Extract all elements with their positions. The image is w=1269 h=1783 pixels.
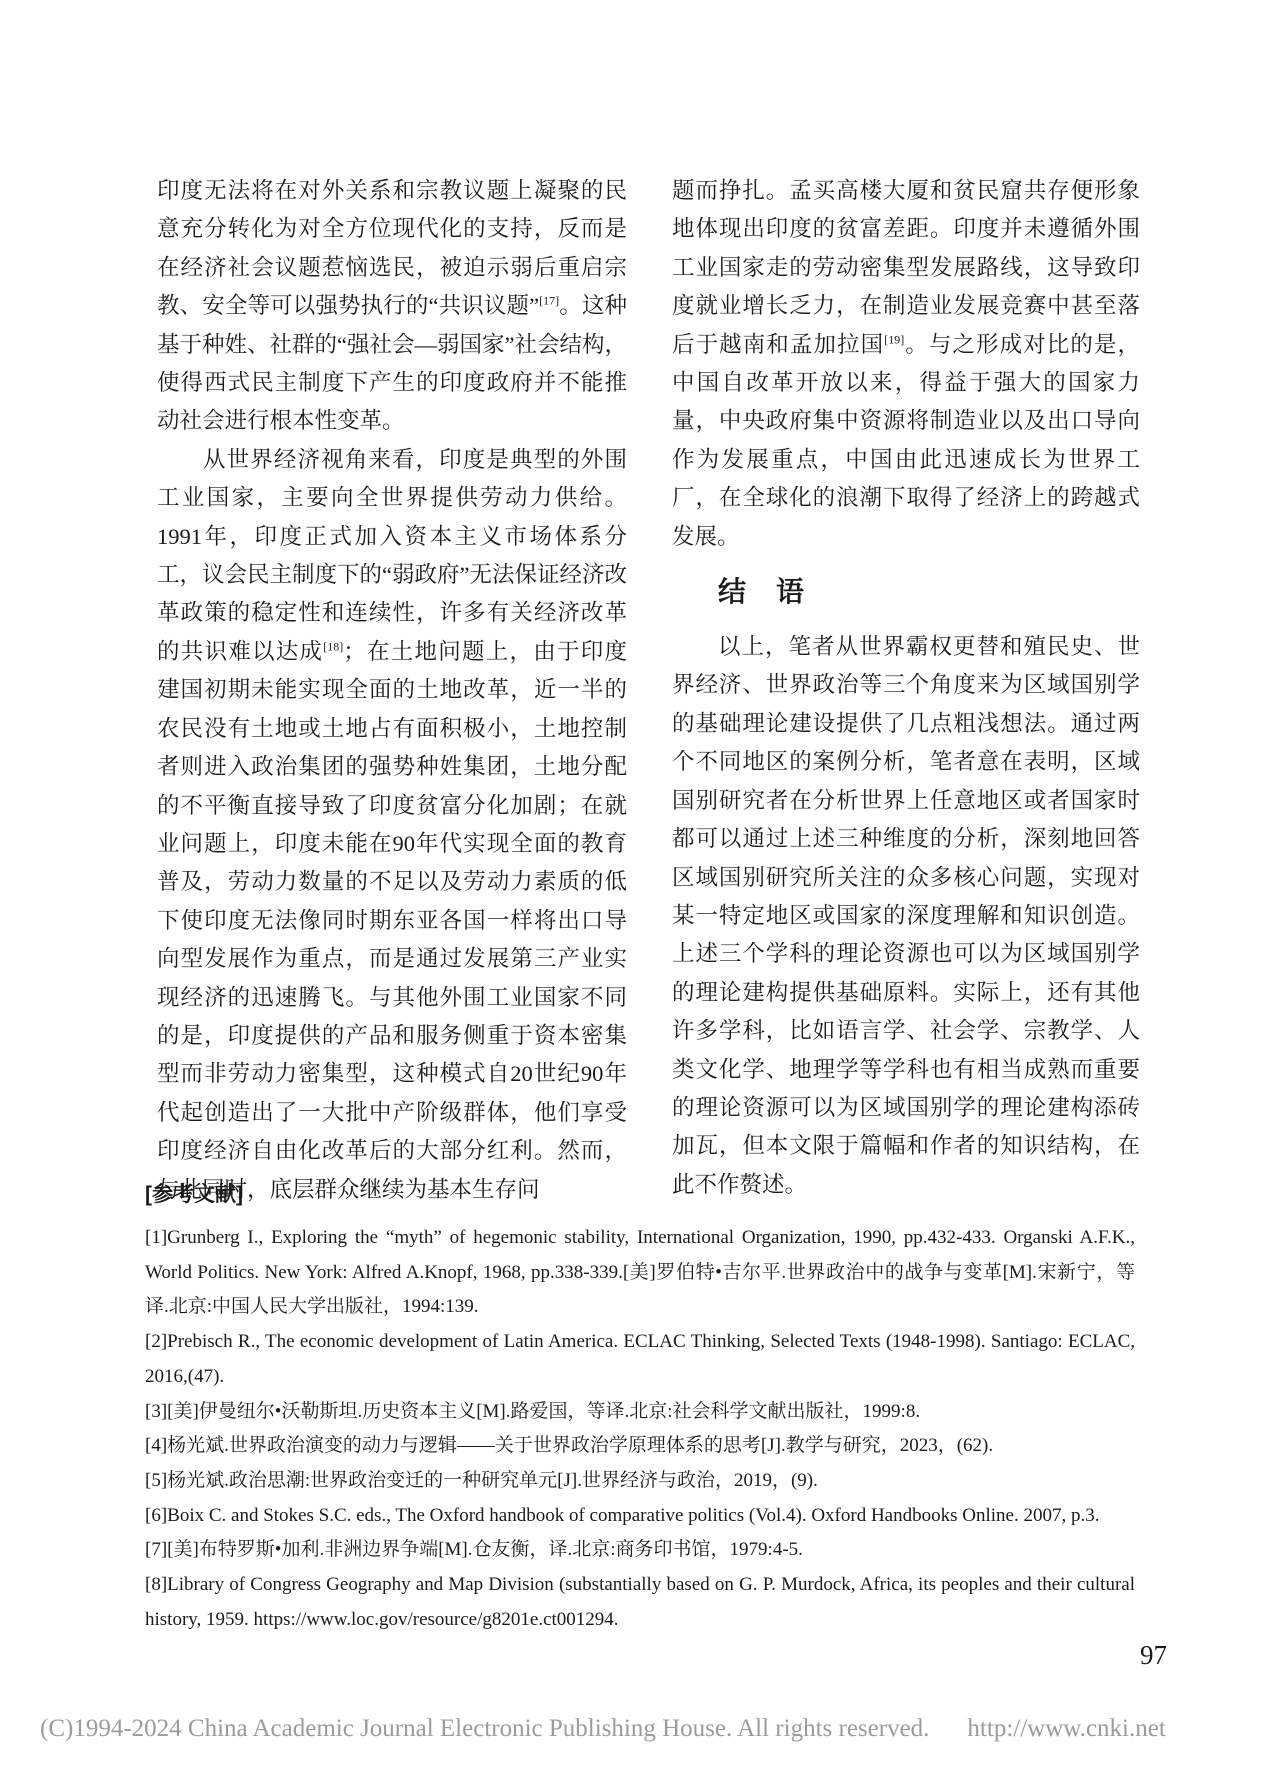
citation-superscript-19: [19] (884, 332, 904, 346)
reference-item: [2]Prebisch R., The economic development… (145, 1325, 1135, 1394)
paragraph-conclusion: 以上，笔者从世界霸权更替和殖民史、世界经济、世界政治等三个角度来为区域国别学的基… (672, 628, 1140, 1204)
reference-item: [3][美]伊曼纽尔•沃勒斯坦.历史资本主义[M].路爱国，等译.北京:社会科学… (145, 1395, 1135, 1430)
body-column-left: 印度无法将在对外关系和宗教议题上凝聚的民意充分转化为对全方位现代化的支持，反而是… (157, 172, 627, 1209)
page-number: 97 (1140, 1640, 1167, 1670)
paragraph-text: 题而挣扎。孟买高楼大厦和贫民窟共存便形象地体现出印度的贫富差距。印度并未遵循外围… (672, 178, 1140, 357)
paragraph-text: 从世界经济视角来看，印度是典型的外围工业国家，主要向全世界提供劳动力供给。199… (157, 447, 627, 664)
body-column-right: 题而挣扎。孟买高楼大厦和贫民窟共存便形象地体现出印度的贫富差距。印度并未遵循外围… (672, 172, 1140, 1204)
reference-item: [1]Grunberg I., Exploring the “myth” of … (145, 1221, 1135, 1325)
paragraph-world-economy: 从世界经济视角来看，印度是典型的外围工业国家，主要向全世界提供劳动力供给。199… (157, 441, 627, 1209)
paragraph-continued: 印度无法将在对外关系和宗教议题上凝聚的民意充分转化为对全方位现代化的支持，反而是… (157, 172, 627, 441)
references-heading: [参考文献] (145, 1183, 1135, 1207)
footer-copyright: (C)1994-2024 China Academic Journal Elec… (40, 1715, 929, 1742)
conclusion-heading: 结 语 (718, 573, 1140, 611)
reference-item: [5]杨光斌.政治思潮:世界政治变迁的一种研究单元[J].世界经济与政治，201… (145, 1464, 1135, 1499)
reference-item: [6]Boix C. and Stokes S.C. eds., The Oxf… (145, 1499, 1135, 1534)
footer-url: http://www.cnki.net (967, 1715, 1165, 1742)
journal-page: 印度无法将在对外关系和宗教议题上凝聚的民意充分转化为对全方位现代化的支持，反而是… (0, 0, 1269, 1783)
citation-superscript-18: [18] (323, 639, 343, 653)
paragraph-text: ；在土地问题上，由于印度建国初期未能实现全面的土地改革，近一半的农民没有土地或土… (157, 639, 627, 1202)
paragraph-text: 。与之形成对比的是，中国自改革开放以来，得益于强大的国家力量，中央政府集中资源将… (672, 332, 1140, 549)
citation-superscript-17: [17] (539, 294, 559, 308)
paragraph-continued: 题而挣扎。孟买高楼大厦和贫民窟共存便形象地体现出印度的贫富差距。印度并未遵循外围… (672, 172, 1140, 556)
reference-item: [4]杨光斌.世界政治演变的动力与逻辑——关于世界政治学原理体系的思考[J].教… (145, 1429, 1135, 1464)
reference-item: [7][美]布特罗斯•加利.非洲边界争端[M].仓友衡，译.北京:商务印书馆，1… (145, 1533, 1135, 1568)
footer: (C)1994-2024 China Academic Journal Elec… (40, 1714, 1250, 1744)
references-section: [参考文献] [1]Grunberg I., Exploring the “my… (145, 1183, 1135, 1637)
reference-item: [8]Library of Congress Geography and Map… (145, 1568, 1135, 1637)
